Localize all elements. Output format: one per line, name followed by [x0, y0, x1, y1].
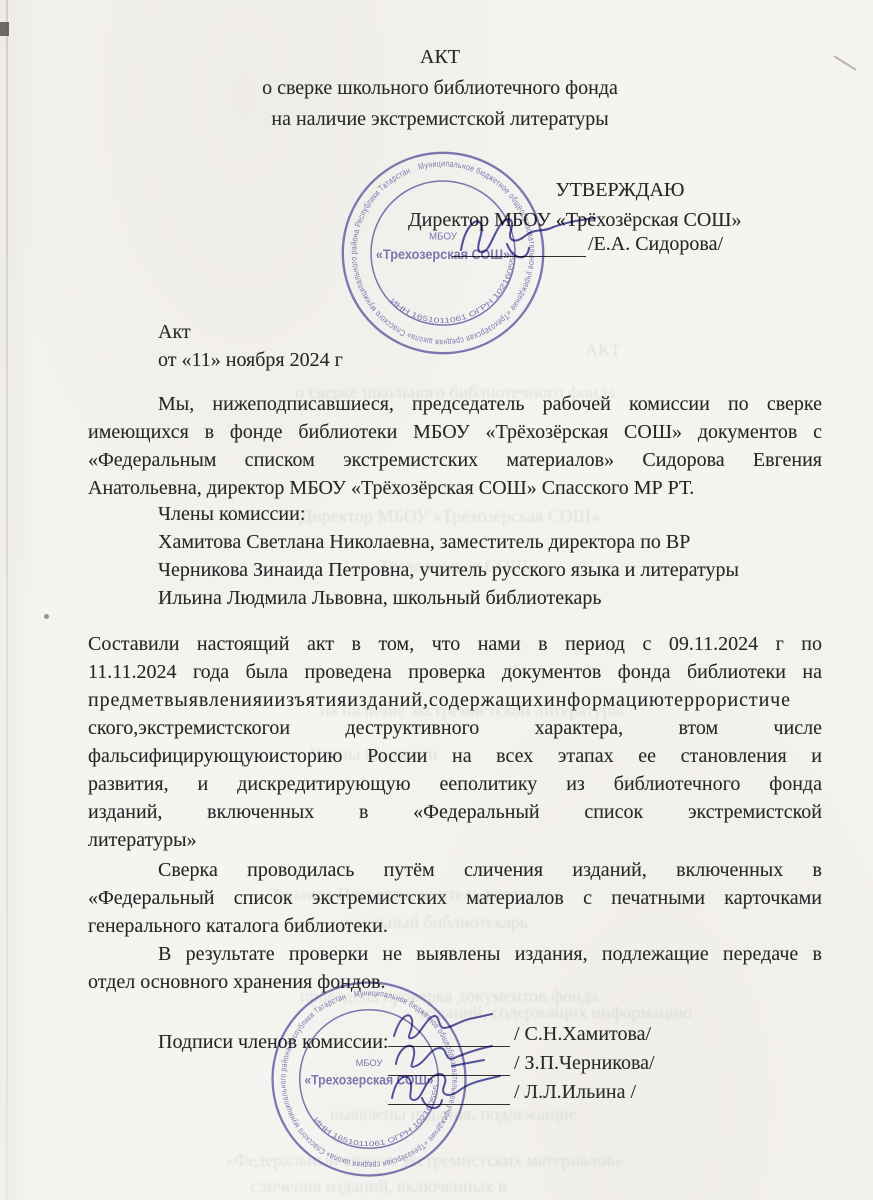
member-item: Черникова Зинаида Петровна, учитель русс… — [88, 556, 822, 584]
paragraph-line: В результате проверки не выявлены издани… — [88, 940, 822, 968]
scan-fold-line — [6, 0, 8, 1200]
ghost-text: АКТ — [585, 340, 621, 361]
paragraph-line: Сверка проводилась путём сличения издани… — [88, 856, 822, 884]
director-signature-scribble — [455, 210, 605, 262]
members-label: Члены комиссии: — [88, 500, 822, 528]
title-line-2: о сверке школьного библиотечного фонда — [30, 73, 850, 104]
paragraph-inspection: Составили настоящий акт в том, что нами … — [88, 630, 822, 854]
paragraph-line: Мы, нижеподписавшиеся, председатель рабо… — [88, 390, 822, 418]
stamp-center-top: МБОУ — [356, 1058, 383, 1068]
paragraph-line: имеющихся в фонде библиотеки МБОУ «Трёхо… — [88, 418, 822, 446]
approve-label: УТВЕРЖДАЮ — [520, 176, 720, 204]
paragraph-line: фальсифицирующуюисторию России на всех э… — [88, 742, 822, 770]
paragraph-line: развития, и дискредитирующую ееполитику … — [88, 770, 822, 798]
paragraph-preamble: Мы, нижеподписавшиеся, председатель рабо… — [88, 390, 822, 502]
director-signature-name: /Е.А. Сидорова/ — [588, 230, 818, 258]
paragraph-line: изданий, включенных в «Федеральный списо… — [88, 798, 822, 826]
scan-edge-mark — [0, 22, 9, 36]
member-item: Хамитова Светлана Николаевна, заместител… — [88, 528, 822, 556]
member-signature-name: / З.П.Черникова/ — [514, 1049, 744, 1077]
paragraph-line: Анатольевна, директор МБОУ «Трёхозёрская… — [88, 474, 822, 502]
stamp-center-top: МБОУ — [429, 231, 458, 242]
document-title: АКТ о сверке школьного библиотечного фон… — [30, 42, 850, 135]
paragraph-line: предметвыявленияиизъятияизданий,содержащ… — [88, 686, 822, 714]
act-date: от «11» ноября 2024 г — [158, 346, 558, 374]
paragraph-line: 11.11.2024 года была проведена проверка … — [88, 658, 822, 686]
title-line-1: АКТ — [30, 42, 850, 73]
paragraph-line: «Федеральный список экстремистских матер… — [88, 884, 822, 912]
commission-members: Члены комиссии: Хамитова Светлана Никола… — [88, 500, 822, 612]
paragraph-line: Составили настоящий акт в том, что нами … — [88, 630, 822, 658]
paragraph-line: ского,экстремистскогои деструктивного ха… — [88, 714, 822, 742]
member-signature-name: / Л.Л.Ильина / — [514, 1078, 744, 1106]
scan-speck — [44, 614, 49, 619]
member-signature-scribble — [386, 1064, 510, 1112]
paragraph-line: генерального каталога библиотеки. — [88, 912, 822, 940]
paragraph-line: «Федеральным списком экстремистских мате… — [88, 446, 822, 474]
paragraph-line: литературы» — [88, 826, 822, 854]
scanned-document-page: АКТ о сверке школьного библиотечного фон… — [0, 0, 873, 1200]
member-signature-name: / С.Н.Хамитова/ — [514, 1020, 744, 1048]
member-item: Ильина Людмила Львовна, школьный библиот… — [88, 584, 822, 612]
paragraph-method: Сверка проводилась путём сличения издани… — [88, 856, 822, 940]
title-line-3: на наличие экстремистской литературы — [30, 104, 850, 135]
